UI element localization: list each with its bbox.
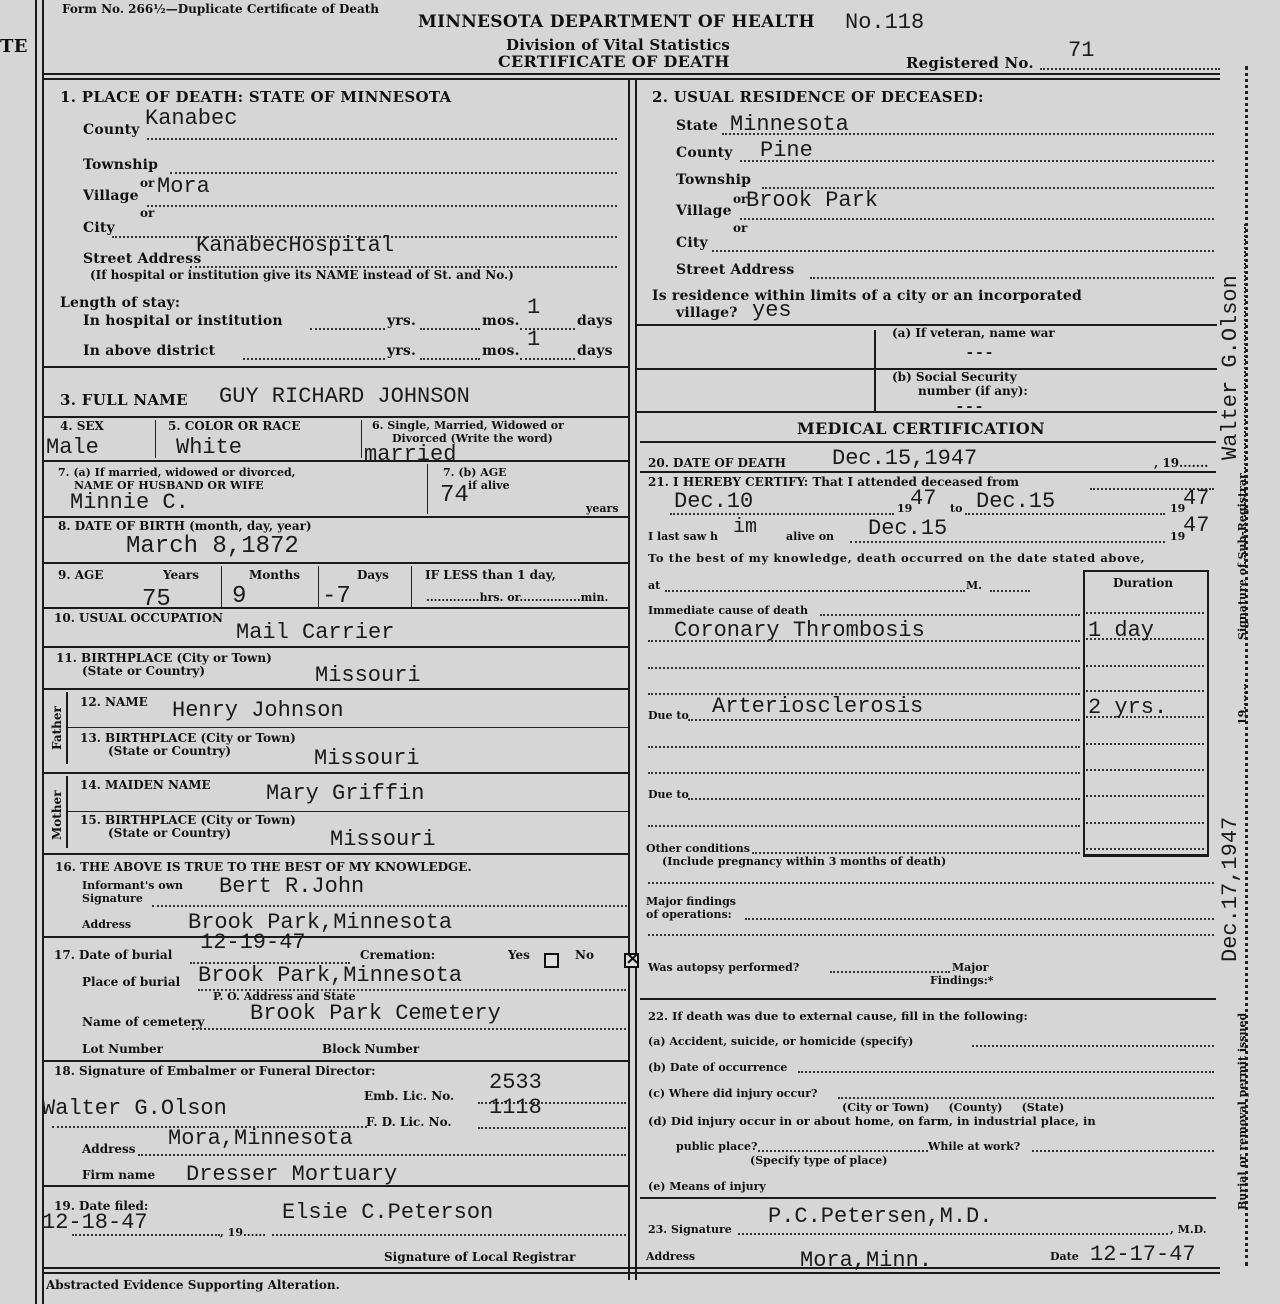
permit-suffix: 19....... [1236,683,1249,725]
in-hospital-days-label: days [577,313,613,329]
ssn-label-1: (b) Social Security [892,370,1017,384]
section-rule [44,772,628,774]
burial-place-label: Place of burial [82,975,180,989]
in-district-days-value: 1 [527,327,540,352]
emb-lic-value: 2533 [489,1070,542,1095]
full-name-value: GUY RICHARD JOHNSON [219,384,470,409]
pod-county-label: County [83,122,140,138]
in-hospital-mos-label: mos. [482,313,520,329]
emb-lic-label: Emb. Lic. No. [364,1089,454,1103]
major-findings-label-2: of operations: [646,908,732,921]
spouse-age-label-1: 7. (b) AGE [443,466,507,479]
permit-label: Burial or removal permit issued [1236,1013,1249,1210]
duration-label: Duration [1113,576,1173,590]
external-c-sublabel: (City or Town) (County) (State) [842,1101,1064,1114]
section-rule [44,416,628,418]
section-rule [68,727,628,728]
less-than-label: IF LESS than 1 day, [425,568,556,582]
cemetery-label: Name of cemetery [82,1015,204,1029]
mother-bp-label-1: 15. BIRTHPLACE (City or Town) [80,813,296,827]
external-d-label-1: (d) Did injury occur in or about home, o… [648,1114,1096,1128]
father-bracket [66,692,68,764]
pod-street-value: KanabecHospital [196,233,394,258]
section-rule [68,811,628,812]
physician-md-label: , M.D. [1170,1223,1207,1236]
form-number: Form No. 266½—Duplicate Certificate of D… [62,2,379,16]
mother-name-label: 14. MAIDEN NAME [80,778,211,792]
marital-value: married [364,442,456,467]
external-heading: 22. If death was due to external cause, … [648,1009,1028,1023]
in-district-label: In above district [83,343,215,359]
certificate-number: No.118 [845,10,924,35]
at-label: at [648,579,660,592]
res-township-label: Township [676,172,751,188]
attended-to-value: Dec.15 [976,489,1055,514]
father-name-label: 12. NAME [80,695,148,709]
mother-bracket [66,776,68,848]
other-conditions-label: Other conditions [646,842,750,855]
res-state-label: State [676,118,718,134]
footer-rule-2 [44,1272,1220,1274]
section-rule [640,471,1216,473]
registered-no-label: Registered No. [906,54,1034,72]
mother-name-value: Mary Griffin [266,781,424,806]
spouse-age-label-2: if alive [468,479,510,492]
divider [221,566,222,608]
mother-bp-label-2: (State or Country) [108,826,231,840]
subregistrar-line [1244,224,1246,564]
external-d-sublabel: (Specify type of place) [750,1154,887,1167]
length-of-stay-label: Length of stay: [60,295,180,311]
burial-place-value: Brook Park,Minnesota [198,963,462,988]
occupation-value: Mail Carrier [236,620,394,645]
local-registrar-label: Signature of Local Registrar [384,1250,575,1264]
external-c-label: (c) Where did injury occur? [648,1087,817,1100]
physician-date-value: 12-17-47 [1090,1242,1196,1267]
firm-name-label: Firm name [82,1168,155,1182]
race-label: 5. COLOR OR RACE [168,419,300,433]
certify-label: 21. I HEREBY CERTIFY: That I attended de… [648,475,1019,489]
mother-side-label: Mother [50,790,64,840]
attended-to-year: 47 [1183,486,1209,511]
burial-date-value: 12-19-47 [200,930,306,955]
res-state-value: Minnesota [730,112,849,137]
immediate-cause-label: Immediate cause of death [648,604,808,617]
divider [318,566,319,608]
pod-street-note: (If hospital or institution give its NAM… [90,268,514,282]
immediate-cause-value: Coronary Thrombosis [674,618,925,643]
years-label: Years [163,568,199,582]
physician-date-label: Date [1050,1250,1079,1263]
veteran-label: (a) If veteran, name war [892,326,1055,340]
alive-on-label: alive on [786,530,834,543]
external-d-label-2: public place? [676,1140,757,1153]
res-or-2: or [733,221,747,235]
physician-sig-label: 23. Signature [648,1223,732,1236]
informant-sig-label-1: Informant's own [82,879,183,892]
funeral-director-value: Walter G.Olson [42,1096,227,1121]
full-name-label: 3. FULL NAME [60,391,188,409]
external-b-label: (b) Date of occurrence [648,1061,787,1074]
res-county-label: County [676,145,733,161]
race-value: White [176,435,242,460]
ssn-divider [874,372,876,412]
left-border-outer [35,0,37,1304]
section-rule [44,1185,628,1187]
last-saw-pronoun: im [733,516,757,539]
dob-value: March 8,1872 [126,533,299,560]
due-to-1-duration-value: 2 yrs. [1088,695,1167,720]
column-divider-inner [635,78,637,1280]
knowledge-statement: To the best of my knowledge, death occur… [648,551,1145,565]
father-bp-value: Missouri [314,746,420,771]
pod-or-1: or [140,176,154,190]
father-name-value: Henry Johnson [172,698,344,723]
immediate-duration-value: 1 day [1088,618,1154,643]
informant-signature-value: Bert R.John [219,874,364,899]
in-hospital-days-value: 1 [527,295,540,320]
days-label: Days [357,568,389,582]
column-divider-outer [628,78,630,1280]
divider [427,464,428,514]
external-a-label: (a) Accident, suicide, or homicide (spec… [648,1035,913,1048]
fd-lic-label: F. D. Lic. No. [366,1115,452,1129]
section-rule [640,441,1216,443]
funeral-address-label: Address [82,1142,136,1156]
father-bp-label-1: 13. BIRTHPLACE (City or Town) [80,731,296,745]
age-label: 9. AGE [58,568,103,582]
section-rule [640,998,1216,1000]
footer-rule-1 [44,1267,1220,1269]
age-days-value: -7 [322,583,351,610]
pod-street-label: Street Address [83,251,201,267]
department-title: MINNESOTA DEPARTMENT OF HEALTH [418,12,815,32]
permit-date-value: Dec.17,1947 [1218,817,1243,962]
section-rule [44,366,628,368]
section-rule [44,1060,628,1062]
dob-label: 8. DATE OF BIRTH (month, day, year) [58,519,312,533]
fd-lic-value: 1118 [489,1095,542,1120]
pod-village-value: Mora [157,174,210,199]
cremation-no-checkbox[interactable] [624,953,639,968]
other-conditions-note: (Include pregnancy within 3 months of de… [662,855,946,868]
due-to-label-2: Due to [648,788,689,801]
father-side-label: Father [50,706,64,750]
last-saw-year: 47 [1183,513,1209,538]
place-of-death-heading: 1. PLACE OF DEATH: STATE OF MINNESOTA [60,88,451,106]
lot-number-label: Lot Number [82,1042,163,1056]
res-limits-value: yes [752,298,792,323]
section-rule [44,607,628,609]
veteran-value: --- [965,344,994,362]
section-rule [640,1197,1216,1199]
abstracted-evidence-label: Abstracted Evidence Supporting Alteratio… [46,1278,340,1292]
ssn-label-2: number (if any): [918,384,1028,398]
marital-label-1: 6. Single, Married, Widowed or [372,419,564,432]
local-registrar-value: Elsie C.Peterson [282,1200,493,1225]
birthplace-value: Missouri [315,663,421,688]
in-district-mos-label: mos. [482,343,520,359]
external-e-label: (e) Means of injury [648,1180,766,1193]
date-filed-value: 12-18-47 [42,1210,148,1235]
sex-label: 4. SEX [60,419,104,433]
spouse-age-value: 74 [440,482,469,509]
res-city-label: City [676,235,708,251]
header-rule-1 [44,73,1220,75]
dod-label: 20. DATE OF DEATH [648,456,786,470]
filing-nineteen: , 19...... [220,1226,266,1239]
cremation-yes-label: Yes [508,948,530,962]
age-months-value: 9 [232,583,246,610]
dod-value: Dec.15,1947 [832,446,977,471]
res-limits-label-1: Is residence within limits of a city or … [652,288,1082,304]
registered-number: 71 [1068,38,1094,63]
subregistrar-value: Walter G.Olson [1218,275,1243,460]
last-saw-date: Dec.15 [868,516,947,541]
res-county-value: Pine [760,138,813,163]
spouse-label-1: 7. (a) If married, widowed or divorced, [58,466,296,479]
attended-from-year: 47 [910,486,936,511]
ssn-value: --- [955,398,984,416]
firm-name-value: Dresser Mortuary [186,1162,397,1187]
due-to-1-value: Arteriosclerosis [712,694,923,719]
divider [155,420,156,458]
funeral-heading: 18. Signature of Embalmer or Funeral Dir… [54,1064,376,1078]
informant-sig-label-2: Signature [82,892,143,905]
informant-address-label: Address [82,918,131,931]
in-district-yrs-label: yrs. [387,343,416,359]
m-label: M. [966,579,982,592]
father-bp-label-2: (State or Country) [108,744,231,758]
res-village-label: Village [676,203,732,219]
occupation-label: 10. USUAL OCCUPATION [54,611,223,625]
res-street-label: Street Address [676,262,794,278]
in-hospital-label: In hospital or institution [83,313,283,329]
divider [361,420,362,458]
pod-city-label: City [83,220,115,236]
months-label: Months [249,568,300,582]
block-number-label: Block Number [322,1042,419,1056]
autopsy-label: Was autopsy performed? [648,961,799,974]
section-rule [44,562,628,564]
due-to-label-1: Due to [648,709,689,722]
informant-heading: 16. THE ABOVE IS TRUE TO THE BEST OF MY … [55,860,472,874]
medical-heading: MEDICAL CERTIFICATION [797,419,1045,438]
pod-township-label: Township [83,157,158,173]
pod-county-value: Kanabec [145,106,237,131]
certificate-title: CERTIFICATE OF DEATH [498,52,730,71]
section-rule [44,853,628,855]
spouse-age-unit: years [586,502,619,515]
residence-heading: 2. USUAL RESIDENCE OF DECEASED: [652,88,984,106]
physician-signature-value: P.C.Petersen,M.D. [768,1204,992,1229]
while-at-work-label: While at work? [928,1140,1020,1153]
cremation-no-label: No [575,948,594,962]
pod-village-label: Village [83,188,139,204]
edge-fragment: TE [0,36,28,57]
res-village-value: Brook Park [746,188,878,213]
in-district-days-label: days [577,343,613,359]
in-hospital-yrs-label: yrs. [387,313,416,329]
section-rule [637,411,1217,413]
header-rule-2 [44,78,1220,80]
section-rule [44,936,628,938]
cremation-yes-checkbox[interactable] [544,953,559,968]
physician-address-label: Address [646,1250,695,1263]
section-rule [44,688,628,690]
last-saw-label: I last saw h [648,530,718,543]
dod-suffix: , 19....... [1154,456,1208,470]
res-limits-label-2: village? [676,305,738,321]
section-rule [44,460,628,462]
mother-bp-value: Missouri [330,827,436,852]
section-rule [44,516,628,518]
funeral-address-value: Mora,Minnesota [168,1126,353,1151]
birthplace-label-1: 11. BIRTHPLACE (City or Town) [56,651,272,665]
physician-address-value: Mora,Minn. [800,1248,932,1273]
subregistrar-label: Signature of Sub-Registrar [1236,473,1249,640]
sex-value: Male [46,435,99,460]
cremation-label: Cremation: [360,948,435,962]
burial-date-label: 17. Date of burial [54,948,172,962]
divider [411,566,412,608]
cemetery-value: Brook Park Cemetery [250,1001,501,1026]
major-findings-label-1: Major findings [646,895,736,908]
pod-or-2: or [140,206,154,220]
to-label: to [950,502,962,515]
hrs-min-label: ..............hrs. or................min… [426,591,608,604]
birthplace-label-2: (State or Country) [82,664,205,678]
major-findings-2: Findings:* [930,974,994,987]
section-rule [44,646,628,648]
attended-from-value: Dec.10 [674,489,753,514]
spouse-value: Minnie C. [70,490,189,515]
major-findings-1: Major [952,961,988,974]
veteran-divider [874,330,876,372]
